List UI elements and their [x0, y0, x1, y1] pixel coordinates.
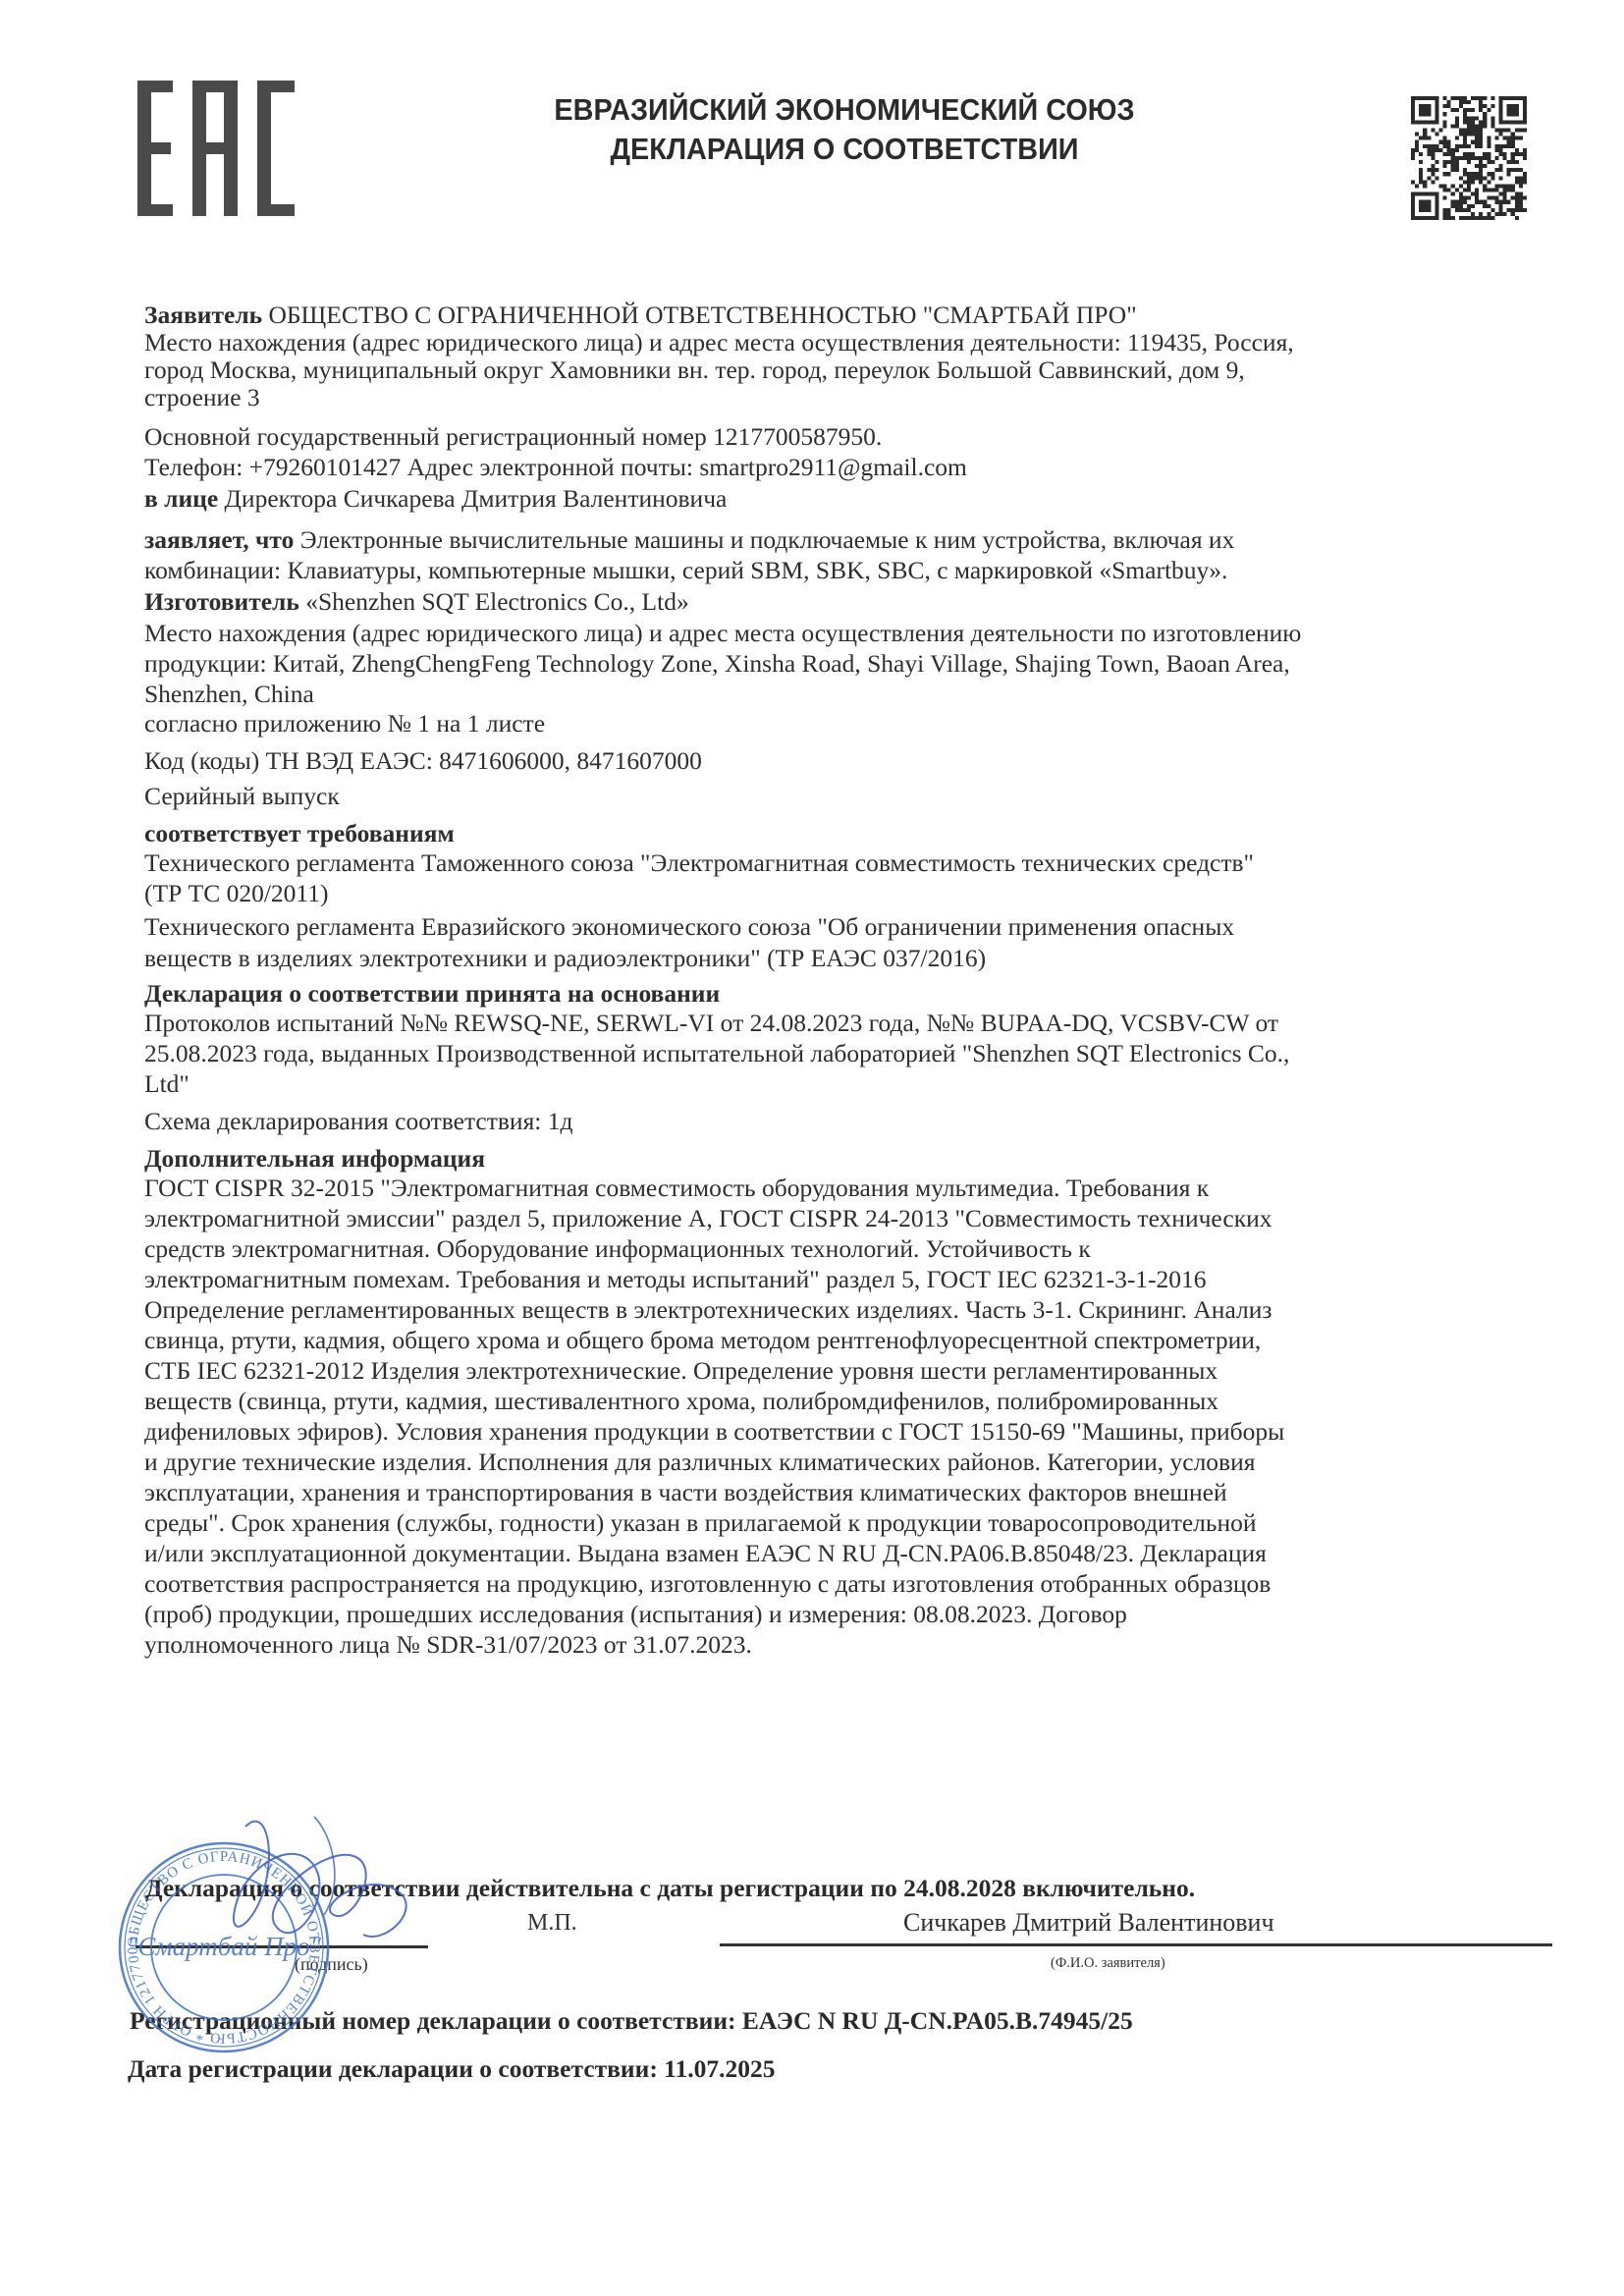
applicant-address-line: Место нахождения (адрес юридического лиц… [144, 329, 1548, 356]
signer-name-rule [720, 1943, 1552, 1946]
basis-line: Протоколов испытаний №№ REWSQ-NE, SERWL-… [144, 1010, 1548, 1037]
requirement-line: (ТР ТС 020/2011) [144, 880, 1548, 907]
applicant-contacts: Телефон: +79260101427 Адрес электронной … [144, 454, 1548, 481]
applicant-label: Заявитель [144, 301, 262, 329]
additional-info-text: ГОСТ CISPR 32-2015 "Электромагнитная сов… [144, 1175, 1548, 1659]
additional-info-line: СТБ IEC 62321-2012 Изделия электротехнич… [144, 1357, 1548, 1385]
registration-date: Дата регистрации декларации о соответств… [128, 2054, 776, 2084]
additional-info-line: (проб) продукции, прошедших исследования… [144, 1601, 1548, 1628]
applicant-representative: в лице Директора Сичкарева Дмитрия Вален… [144, 485, 1548, 513]
additional-info-line: ГОСТ CISPR 32-2015 "Электромагнитная сов… [144, 1175, 1548, 1202]
manufacturer-label: Изготовитель [144, 587, 299, 616]
applicant-address-line: город Москва, муниципальный округ Хамовн… [144, 356, 1548, 384]
stamp-place-label: М.П. [527, 1910, 577, 1937]
signer-name-label: (Ф.И.О. заявителя) [1051, 1955, 1165, 1972]
additional-info-line: электромагнитным помехам. Требования и м… [144, 1266, 1548, 1293]
requirement-line: Технического регламента Таможенного союз… [144, 849, 1548, 877]
manufacturer-address-line: продукции: Китай, ZhengChengFeng Technol… [144, 650, 1548, 678]
tn-ved-codes: Код (коды) ТН ВЭД ЕАЭС: 8471606000, 8471… [144, 747, 1548, 775]
handwritten-signature-icon [206, 1807, 422, 1984]
manufacturer-address-line: Shenzhen, China [144, 681, 1548, 708]
applicant-ogrn: Основной государственный регистрационный… [144, 423, 1548, 451]
manufacturer-line: Изготовитель «Shenzhen SQT Electronics C… [144, 588, 1548, 616]
additional-info-line: веществ (свинца, ртути, кадмия, шестивал… [144, 1388, 1548, 1415]
declares-label: заявляет, что [144, 525, 294, 554]
requirements-heading: соответствует требованиям [144, 820, 1548, 847]
manufacturer-appendix: согласно приложению № 1 на 1 листе [144, 710, 1548, 738]
product-line: комбинации: Клавиатуры, компьютерные мыш… [144, 557, 1548, 584]
additional-info-line: среды". Срок хранения (службы, годности)… [144, 1509, 1548, 1537]
applicant-address-line: строение 3 [144, 384, 1548, 411]
manufacturer-name: «Shenzhen SQT Electronics Co., Ltd» [299, 587, 689, 616]
document-title: ЕВРАЗИЙСКИЙ ЭКОНОМИЧЕСКИЙ СОЮЗ ДЕКЛАРАЦИ… [360, 90, 1328, 169]
declaration-body: Заявитель ОБЩЕСТВО С ОГРАНИЧЕННОЙ ОТВЕТС… [144, 301, 1548, 1659]
additional-info-line: Определение регламентированных веществ в… [144, 1296, 1548, 1324]
qr-code-icon [1411, 95, 1527, 221]
represented-label: в лице [144, 484, 218, 513]
manufacturer-address-line: Место нахождения (адрес юридического лиц… [144, 620, 1548, 647]
product-line: Электронные вычислительные машины и подк… [294, 525, 1234, 554]
requirement-line: Технического регламента Евразийского эко… [144, 913, 1548, 941]
additional-info-line: средств электромагнитная. Оборудование и… [144, 1235, 1548, 1263]
additional-info-line: и/или эксплуатационной документации. Выд… [144, 1540, 1548, 1567]
basis-line: Ltd" [144, 1070, 1548, 1098]
declaration-scheme: Схема декларирования соответствия: 1д [144, 1108, 1548, 1135]
declaration-page: ЕВРАЗИЙСКИЙ ЭКОНОМИЧЕСКИЙ СОЮЗ ДЕКЛАРАЦИ… [0, 0, 1624, 2296]
basis-line: 25.08.2023 года, выданных Производственн… [144, 1040, 1548, 1067]
production-type: Серийный выпуск [144, 783, 1548, 810]
basis-heading: Декларация о соответствии принята на осн… [144, 980, 1548, 1008]
additional-info-line: уполномоченного лица № SDR-31/07/2023 от… [144, 1631, 1548, 1659]
eac-logo-icon [137, 81, 295, 216]
declares-line: заявляет, что Электронные вычислительные… [144, 526, 1548, 554]
title-line-declaration: ДЕКЛАРАЦИЯ О СООТВЕТСТВИИ [360, 130, 1328, 169]
additional-info-line: и другие технические изделия. Исполнения… [144, 1449, 1548, 1476]
additional-info-heading: Дополнительная информация [144, 1145, 1548, 1173]
title-line-union: ЕВРАЗИЙСКИЙ ЭКОНОМИЧЕСКИЙ СОЮЗ [360, 90, 1328, 130]
additional-info-line: эксплуатации, хранения и транспортирован… [144, 1479, 1548, 1506]
additional-info-line: соответствия распространяется на продукц… [144, 1570, 1548, 1598]
signer-name: Сичкарев Дмитрий Валентинович [844, 1908, 1591, 1938]
requirement-line: веществ в изделиях электротехники и ради… [144, 945, 1548, 972]
additional-info-line: дифениловых эфиров). Условия хранения пр… [144, 1418, 1548, 1446]
applicant-line: Заявитель ОБЩЕСТВО С ОГРАНИЧЕННОЙ ОТВЕТС… [144, 301, 1548, 329]
applicant-name: ОБЩЕСТВО С ОГРАНИЧЕННОЙ ОТВЕТСТВЕННОСТЬЮ… [262, 301, 1137, 329]
additional-info-line: свинца, ртути, кадмия, общего хрома и об… [144, 1327, 1548, 1354]
additional-info-line: электромагнитной эмиссии" раздел 5, прил… [144, 1205, 1548, 1232]
represented-by: Директора Сичкарева Дмитрия Валентинович… [218, 484, 727, 513]
